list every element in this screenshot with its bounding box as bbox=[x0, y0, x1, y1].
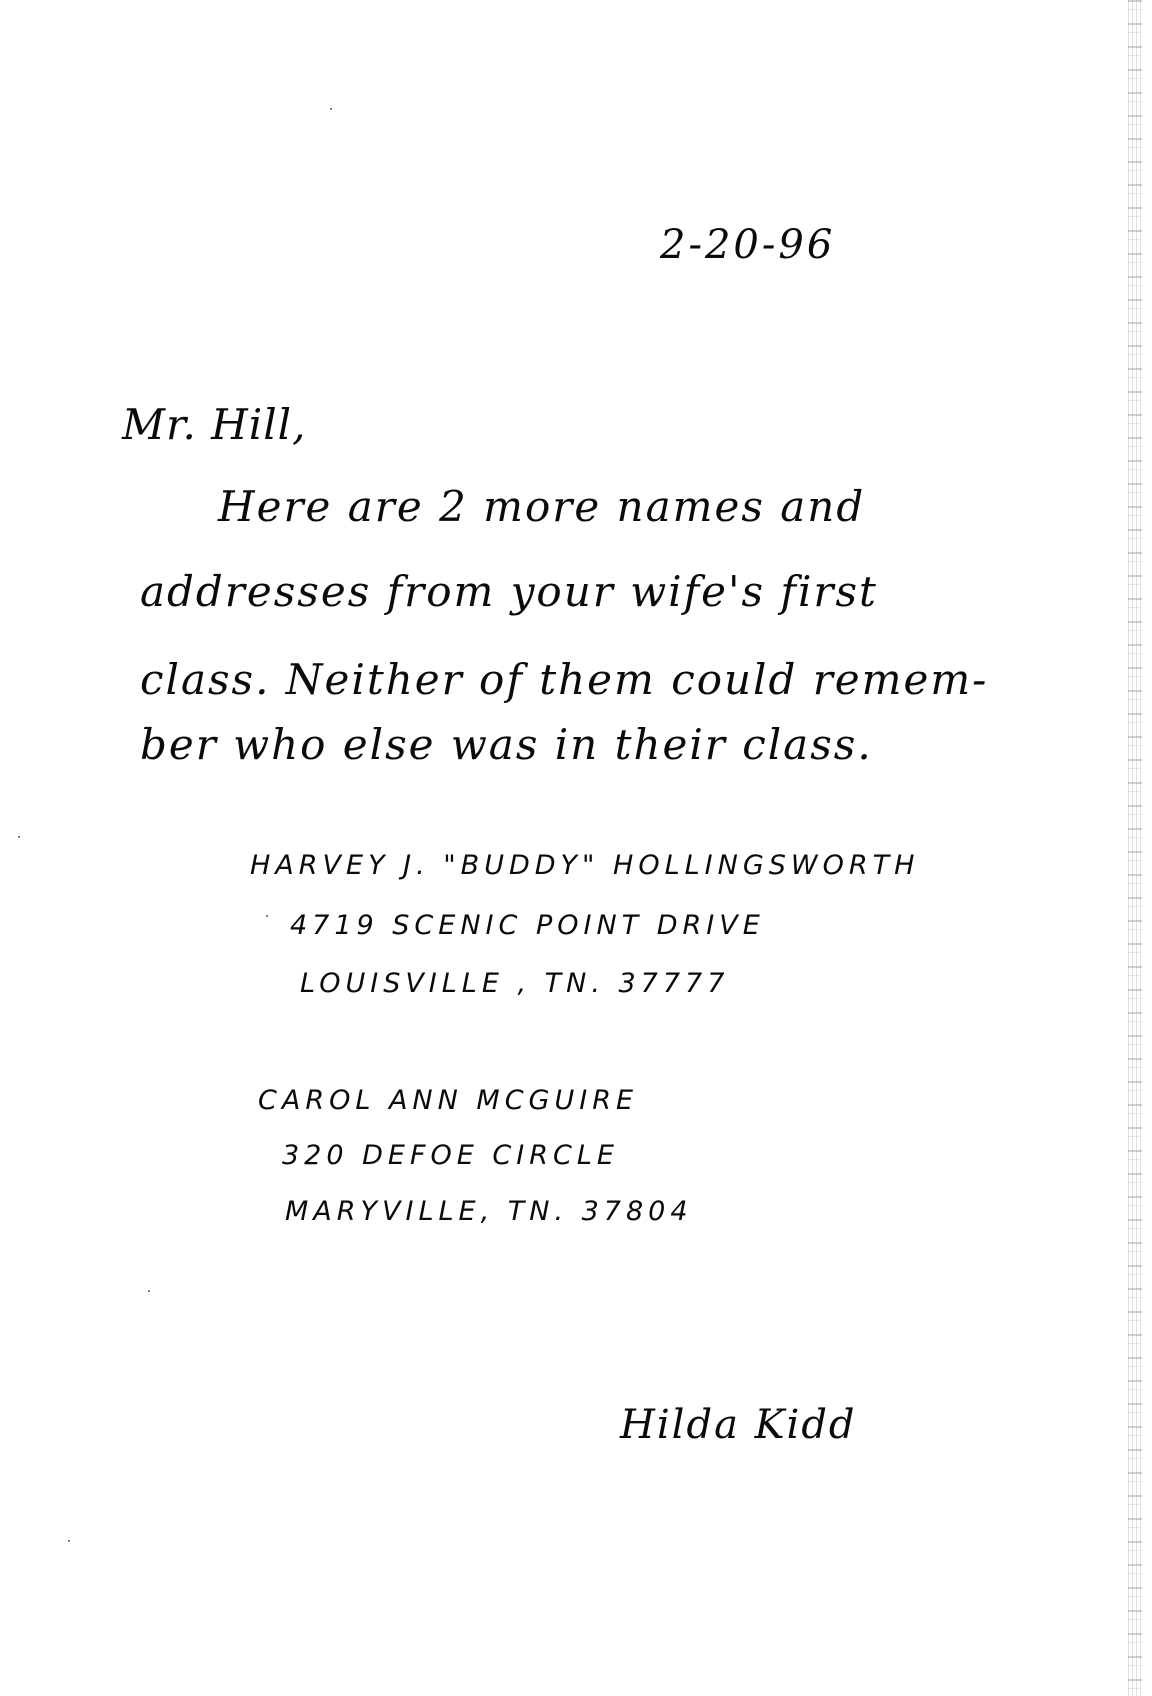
scan-speck bbox=[68, 1540, 70, 1542]
contact-street: 4719 SCENIC POINT DRIVE bbox=[290, 910, 765, 941]
contact-name: HARVEY J. "BUDDY" HOLLINGSWORTH bbox=[250, 850, 919, 881]
signature: Hilda Kidd bbox=[620, 1402, 857, 1448]
letter-page: 2-20-96 Mr. Hill, Here are 2 more names … bbox=[0, 0, 1152, 1696]
scan-speck bbox=[148, 1290, 150, 1292]
letter-date: 2-20-96 bbox=[660, 222, 835, 268]
scan-speck bbox=[330, 108, 332, 110]
scan-edge-artifact bbox=[1128, 0, 1142, 1696]
contact-name: CAROL ANN MCGUIRE bbox=[258, 1085, 638, 1116]
contact-city-state-zip: MARYVILLE, TN. 37804 bbox=[285, 1196, 693, 1227]
contact-street: 320 DEFOE CIRCLE bbox=[282, 1140, 619, 1171]
body-line: class. Neither of them could remem- bbox=[140, 655, 988, 704]
contact-city-state-zip: LOUISVILLE , TN. 37777 bbox=[300, 968, 729, 999]
body-line: Here are 2 more names and bbox=[218, 482, 865, 531]
salutation: Mr. Hill, bbox=[122, 400, 306, 449]
scan-speck bbox=[266, 915, 268, 917]
body-line: addresses from your wife's first bbox=[140, 567, 878, 616]
body-line: ber who else was in their class. bbox=[140, 720, 873, 769]
scan-speck bbox=[18, 836, 20, 838]
